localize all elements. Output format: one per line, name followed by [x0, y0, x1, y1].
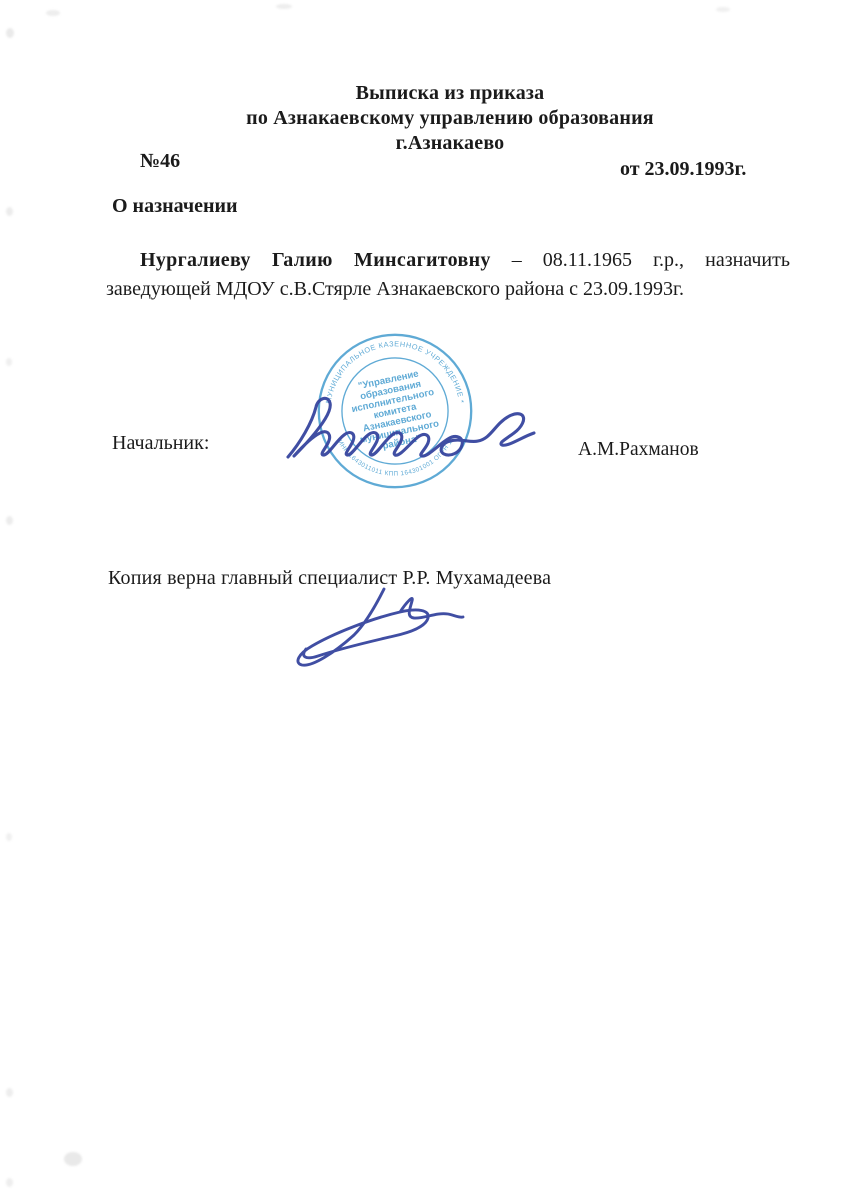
- scan-artifact: [6, 1088, 13, 1097]
- signer-name: А.М.Рахманов: [578, 439, 699, 461]
- scan-artifact: [6, 1178, 13, 1187]
- scan-artifact: [276, 4, 292, 9]
- specialist-signature-ink: [288, 583, 468, 681]
- document-title: Выписка из приказа по Азнакаевскому упра…: [60, 81, 840, 156]
- scan-artifact: [6, 358, 12, 366]
- order-subject: О назначении: [112, 195, 238, 218]
- scan-artifact: [716, 7, 730, 12]
- scan-artifact: [64, 1152, 82, 1166]
- title-line-1: Выписка из приказа: [60, 81, 840, 106]
- order-body-paragraph: Нургалиеву Галию Минсагитовну – 08.11.19…: [106, 246, 790, 304]
- chief-signature-ink: [278, 393, 548, 471]
- title-line-2: по Азнакаевскому управлению образования: [60, 106, 840, 131]
- scanned-document-page: { "header": { "title_lines": [ "Выписка …: [0, 0, 841, 1200]
- order-date: от 23.09.1993г.: [620, 158, 746, 181]
- scan-artifact: [6, 207, 13, 216]
- scan-artifact: [6, 833, 12, 841]
- position-label: Начальник:: [112, 432, 209, 455]
- scan-artifact: [46, 10, 60, 16]
- appointee-name: Нургалиеву Галию Минсагитовну: [140, 249, 491, 271]
- scan-artifact: [6, 28, 14, 38]
- order-number: №46: [140, 150, 180, 173]
- scan-artifact: [6, 516, 13, 525]
